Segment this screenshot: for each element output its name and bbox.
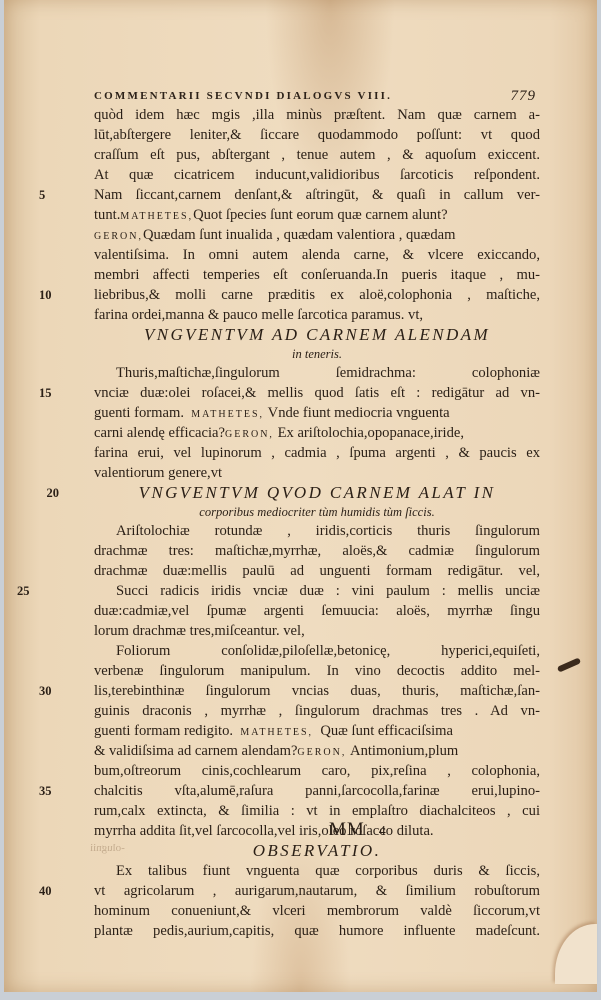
speaker-mathetes: MATHETES, <box>191 409 264 420</box>
text-line: GERON,Quædam ſunt inualida , quædam vale… <box>94 225 540 245</box>
text-span: tunt. <box>94 207 120 223</box>
text-line: bum,oſtreorum cinis,cochlearum caro, pix… <box>94 761 540 781</box>
text-span: & validiſsima ad carnem alendam? <box>94 743 297 759</box>
text-span: Quæ ſunt efficaciſsima <box>320 723 453 739</box>
line-number: 15 <box>39 383 59 403</box>
signature-number: 4 <box>379 824 387 839</box>
text-span: Nam ſiccant,carnem denſant,& aſtringūt, … <box>94 187 540 203</box>
text-line: duæ:cadmiæ,vel ſpumæ argenti ſemuucia: a… <box>94 601 540 621</box>
text-line: Ariſtolochiæ rotundæ , iridis,corticis t… <box>94 521 540 541</box>
text-span: Vnde fiunt mediocria vnguenta <box>268 405 450 421</box>
running-header: COMMENTARII SECVNDI DIALOGVS VIII. 779 <box>94 88 544 106</box>
page-number: 779 <box>511 88 537 105</box>
section-subheading: in teneris. <box>94 345 540 363</box>
text-span: Quædam ſunt inualida , quædam valentiora… <box>143 227 456 243</box>
text-span: lis,terebinthinæ ſingulorum vncias duas,… <box>94 683 540 699</box>
running-head-title: COMMENTARII SECVNDI DIALOGVS VIII. <box>94 90 392 102</box>
text-line: 10 liebribus,& molli carne præditis ex a… <box>94 285 540 305</box>
line-number: 5 <box>39 185 59 205</box>
text-line: At quæ cicatricem inducunt,validioribus … <box>94 165 540 185</box>
text-span: Succi radicis iridis vnciæ duæ : vini pa… <box>116 583 540 599</box>
printer-signature: MM4 <box>329 819 387 841</box>
line-number: 20 <box>39 483 59 503</box>
text-span: Quot ſpecies ſunt eorum quæ carnem alunt… <box>193 207 448 223</box>
text-span: carni alendę efficacia? <box>94 425 225 441</box>
text-line: carni alendę efficacia?GERON, Ex ariſtol… <box>94 423 540 443</box>
text-line: 35 chalcitis vſta,alumē,raſura panni,ſar… <box>94 781 540 801</box>
line-number: 25 <box>17 581 37 601</box>
section-subheading: corporibus mediocriter tùm humidis tùm ſ… <box>94 503 540 521</box>
text-span: guenti formam redigito. <box>94 723 233 739</box>
text-line: 25 Succi radicis iridis vnciæ duæ : vini… <box>94 581 540 601</box>
section-heading: OBSERVATIO. <box>94 841 540 861</box>
text-line: 5 Nam ſiccant,carnem denſant,& aſtringūt… <box>94 185 540 205</box>
text-line: verbenæ ſingulorum manipulum. In vino de… <box>94 661 540 681</box>
text-line: lūt,abſtergere leniter,& ſiccare quodamm… <box>94 125 540 145</box>
speaker-mathetes: MATHETES, <box>120 211 193 222</box>
signature-letters: MM <box>329 819 365 840</box>
text-line: guenti formam redigito. MATHETES, Quæ ſu… <box>94 721 540 741</box>
speaker-geron: GERON, <box>297 747 346 758</box>
text-span: vnciæ duæ:olei roſacei,& mellis quod ſat… <box>94 385 540 401</box>
text-line: & validiſsima ad carnem alendam?GERON, A… <box>94 741 540 761</box>
text-line: craſſum eſt pus, abſtergant , tenue aute… <box>94 145 540 165</box>
text-line: farina ordei,manna & pauco melle ſarcoti… <box>94 305 540 325</box>
text-line: tunt.MATHETES,Quot ſpecies ſunt eorum qu… <box>94 205 540 225</box>
text-line: drachmæ duæ:mellis paulū ad unguenti for… <box>94 561 540 581</box>
speaker-geron: GERON, <box>225 429 274 440</box>
text-line: lorum drachmæ tres,miſceantur. vel, <box>94 621 540 641</box>
text-span: guenti formam. <box>94 405 184 421</box>
text-line: drachmæ tres: maſtichæ,myrrhæ, aloës,& c… <box>94 541 540 561</box>
section-heading: VNGVENTVM AD CARNEM ALENDAM <box>94 325 540 345</box>
text-span: Antimonium,plum <box>350 743 458 759</box>
page-corner <box>555 924 597 984</box>
text-line: 30 lis,terebinthinæ ſingulorum vncias du… <box>94 681 540 701</box>
section-heading: 20 VNGVENTVM QVOD CARNEM ALAT IN <box>94 483 540 503</box>
text-line: quòd idem hæc mgis ,illa minùs præſtent.… <box>94 105 540 125</box>
text-line: guinis draconis , myrrhæ , ſingulorum dr… <box>94 701 540 721</box>
text-span: Ex ariſtolochia,opopanace,iride, <box>278 425 464 441</box>
ink-mark <box>557 657 581 672</box>
speaker-mathetes: MATHETES, <box>240 727 313 738</box>
text-line: Thuris,maſtichæ,ſingulorum ſemidrachma: … <box>94 363 540 383</box>
text-line: hominum conueniunt,& vlceri membrorum va… <box>94 901 540 921</box>
speaker-geron: GERON, <box>94 231 143 242</box>
text-line: valentiſsima. In omni autem alenda carne… <box>94 245 540 265</box>
text-span: liebribus,& molli carne præditis ex aloë… <box>94 287 540 303</box>
show-through-text: -olugnii <box>90 842 125 854</box>
text-span: vt agricolarum , aurigarum,nautarum, & ſ… <box>94 883 540 899</box>
text-line: farina erui, vel lupinorum , cadmia , ſp… <box>94 443 540 463</box>
heading-text: VNGVENTVM QVOD CARNEM ALAT IN <box>139 483 496 502</box>
text-line: Ex talibus fiunt vnguenta quæ corporibus… <box>94 861 540 881</box>
text-line: plantæ pedis,aurium,capitis, quæ humore … <box>94 921 540 941</box>
text-line: rum,calx extincta, & ſimilia : vt in emp… <box>94 801 540 821</box>
body-text: quòd idem hæc mgis ,illa minùs præſtent.… <box>94 105 540 941</box>
text-line: myrrha addita ſit,vel ſarcocolla,vel iri… <box>94 821 540 841</box>
text-line: valentiorum genere,vt <box>94 463 540 483</box>
text-span: chalcitis vſta,alumē,raſura panni,ſarcoc… <box>94 783 540 799</box>
book-page: COMMENTARII SECVNDI DIALOGVS VIII. 779 q… <box>4 0 597 992</box>
line-number: 10 <box>39 285 59 305</box>
text-line: guenti formam. MATHETES, Vnde fiunt medi… <box>94 403 540 423</box>
line-number: 35 <box>39 781 59 801</box>
line-number: 30 <box>39 681 59 701</box>
text-line: Foliorum conſolidæ,piloſellæ,betonicę, h… <box>94 641 540 661</box>
text-line: membri affecti temperies eſt conſeruanda… <box>94 265 540 285</box>
line-number: 40 <box>39 881 59 901</box>
text-line: 15 vnciæ duæ:olei roſacei,& mellis quod … <box>94 383 540 403</box>
text-line: 40 vt agricolarum , aurigarum,nautarum, … <box>94 881 540 901</box>
